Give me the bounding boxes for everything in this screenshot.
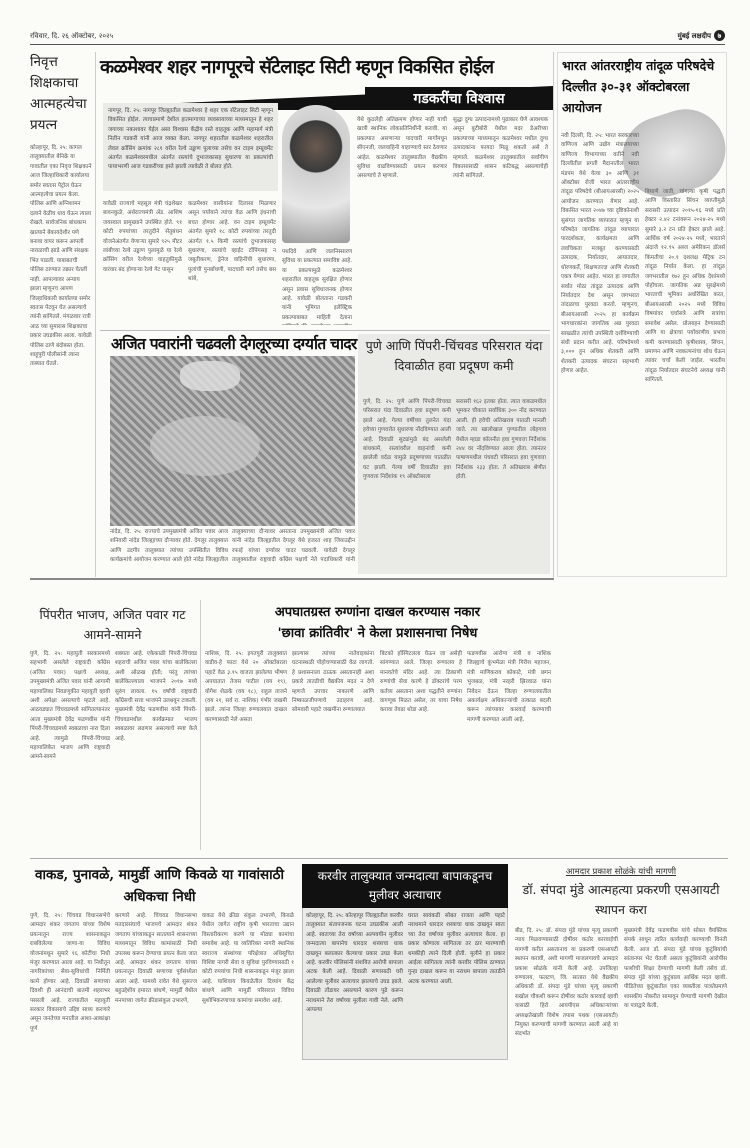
story-pune-air-headline: पुणे आणि पिंपरी-चिंचवड परिसरात यंदा दिवा… bbox=[362, 336, 546, 376]
story-karveer-headline-banner: करवीर तालुक्यात जन्मदात्या बापाकडूनच मुल… bbox=[302, 864, 508, 908]
story-nagpur-col1: यावेळी राज्याचे महसूल मंत्री चंद्रशेखर ब… bbox=[103, 200, 182, 325]
story-nagpur-lead: नागपूर, दि. २५: नागपूर जिल्ह्यातील कळमेश… bbox=[108, 107, 273, 187]
story-karveer-col1: कोल्हापूर, दि. २५: कोल्हापूर जिल्ह्यातील… bbox=[306, 912, 403, 1057]
story-pimpri-headline: पिंपरीत भाजप, अजित पवार गट आमने-सामने bbox=[30, 605, 195, 645]
photo-gadkari bbox=[282, 105, 350, 243]
headline-line: प्रयत्न bbox=[30, 115, 92, 136]
story-pune-air-col1: पुणे, दि. २५: पुणे आणि पिंपरी-चिंचवड परि… bbox=[363, 398, 451, 572]
story-rice-headline: भारत आंतरराष्ट्रीय तांदूळ परिषदेचे दिल्ल… bbox=[558, 53, 726, 120]
page-number-icon: ७ bbox=[714, 30, 725, 41]
story-wakad-col1: पुणे, दि. २५: चिंचवड विधानसभेचे आमदार शं… bbox=[30, 912, 110, 1052]
story-pune-air-col2: सरासरी १६२ इतका होता. त्यात वाकडमधील भूम… bbox=[456, 398, 546, 572]
story-wakad-headline: वाकड, पुनावळे, मामुर्डी आणि किवळे या गाव… bbox=[32, 864, 287, 908]
story-pimpri-col1: पुणे, दि. २५: महायुती सरकारमध्ये सहभागी … bbox=[30, 650, 110, 850]
photo-dargah bbox=[110, 356, 355, 526]
story-chhava-col2: झाल्यास त्यांच्या नातेवाइकांना घटनास्थळी… bbox=[292, 650, 374, 850]
story-teacher-body: कोल्हापूर, दि. २५: कागल तालुक्यातील बेनि… bbox=[30, 144, 92, 574]
story-sampada-kicker: आमदार प्रकाश सोळंके यांची मागणी bbox=[515, 866, 727, 877]
story-nagpur-col3: पथदिवे आणि जलनिस्सारण सुविधा या प्रकल्पा… bbox=[282, 248, 352, 325]
column-divider bbox=[553, 52, 554, 577]
story-ajit-headline: अजित पवारांनी चढवली देगलूरच्या दर्ग्यात … bbox=[111, 333, 356, 355]
headline-line: निवृत्त bbox=[30, 52, 92, 73]
photo-detail bbox=[180, 361, 240, 391]
photo-detail bbox=[150, 416, 260, 476]
story-nagpur-col2: कळमेश्वर वासीयांना दिलासा मिळणार असून पर… bbox=[188, 200, 276, 325]
story-rice-col1: नवी दिल्ली, दि. २५: भारत सरकारच्या वाणिज… bbox=[561, 132, 639, 575]
story-nagpur-headline: कळमेश्वर शहर नागपूरचे सॅटेलाइट सिटी म्हण… bbox=[100, 56, 555, 80]
section-divider bbox=[100, 330, 550, 331]
headline-line: शिक्षकाचा bbox=[30, 73, 92, 94]
story-chhava-headline-1: अपघातग्रस्त रुग्णांना दाखल करण्यास नकार bbox=[200, 603, 555, 623]
story-chhava-col1: नाशिक, दि. २५: इगतपुरी तालुक्यात वाडीव-ह… bbox=[205, 650, 287, 850]
story-pimpri-col2: शक्यता आहे. एकेकाळी पिंपरी-चिंचवड शहराची… bbox=[115, 650, 197, 850]
paper-name: मुंबई लक्षदीप ७ bbox=[678, 30, 725, 41]
story-chhava-col4: फडणवीस आरोग्य मंत्री व नाशिक जिल्ह्याचे … bbox=[467, 650, 551, 850]
story-chhava-col3: बिटको हॉस्पिटलला घेऊन जा असेही सांगण्यात… bbox=[380, 650, 462, 850]
story-sampada-col1: बीड, दि. २५: डॉ. संपदा मुंडे यांच्या मृत… bbox=[515, 927, 618, 1057]
column-divider bbox=[95, 52, 96, 577]
story-nagpur-lead-box: नागपूर, दि. २५: नागपूर जिल्ह्यातील कळमेश… bbox=[103, 103, 278, 191]
story-ajit-col1: नांदेड, दि. २५: राज्याचे उपमुख्यमंत्री अ… bbox=[110, 528, 228, 566]
story-wakad-col2: करणारे आहे. चिंचवड विधानसभा मतदारसंघाचे … bbox=[115, 912, 197, 1052]
story-teacher-headline: निवृत्त शिक्षकाचा आत्महत्येचा प्रयत्न bbox=[30, 52, 92, 136]
issue-date: रविवार, दि. २६ ऑक्टोबर, २०२५ bbox=[30, 32, 113, 41]
paper-title: मुंबई लक्षदीप bbox=[678, 31, 711, 41]
story-nagpur-subhead: गडकरींचा विश्वास bbox=[365, 87, 553, 110]
story-karveer-col2: घरात सावंकडी सोबत राजता आणि पहाटे नराधमा… bbox=[408, 912, 505, 1057]
story-teacher: निवृत्त शिक्षकाचा आत्महत्येचा प्रयत्न को… bbox=[30, 52, 92, 577]
section-divider bbox=[30, 858, 728, 859]
story-nagpur-col5: सुद्धा दुग्ध उत्पादनामध्ये पुढाकार घेणे … bbox=[453, 116, 548, 325]
story-sampada-col2: मुख्यमंत्री देवेंद्र फडणवीस यांचे सोबत व… bbox=[624, 927, 727, 1057]
headline-line: आत्महत्येचा bbox=[30, 94, 92, 115]
story-rice-col2: बियाणे जाती, चांगल्या कृषी पद्धती आणि वि… bbox=[645, 188, 725, 575]
story-chhava-headline-2: 'छावा क्रांतिवीर' ने केला प्रशासनाचा निष… bbox=[200, 624, 555, 644]
story-sampada-headline: डॉ. संपदा मुंडे आत्महत्या प्रकरणी एसआयटी… bbox=[515, 880, 727, 920]
story-wakad-col3: वाकड येथे क्रीडा संकुल उभारणे, किवळे येथ… bbox=[202, 912, 294, 1052]
story-karveer-headline: करवीर तालुक्यात जन्मदात्या बापाकडूनच मुल… bbox=[307, 867, 503, 905]
story-nagpur-col4: येथे कुठलेही अतिक्रमण होणार नाही याची खा… bbox=[357, 116, 447, 325]
masthead: रविवार, दि. २६ ऑक्टोबर, २०२५ मुंबई लक्षद… bbox=[30, 25, 725, 45]
section-divider bbox=[30, 578, 554, 580]
subhead-text: गडकरींचा विश्वास bbox=[413, 89, 504, 108]
story-ajit-col2: तालुक्याच्या दौऱ्यावर असताना उपमुख्यमंत्… bbox=[232, 528, 355, 566]
